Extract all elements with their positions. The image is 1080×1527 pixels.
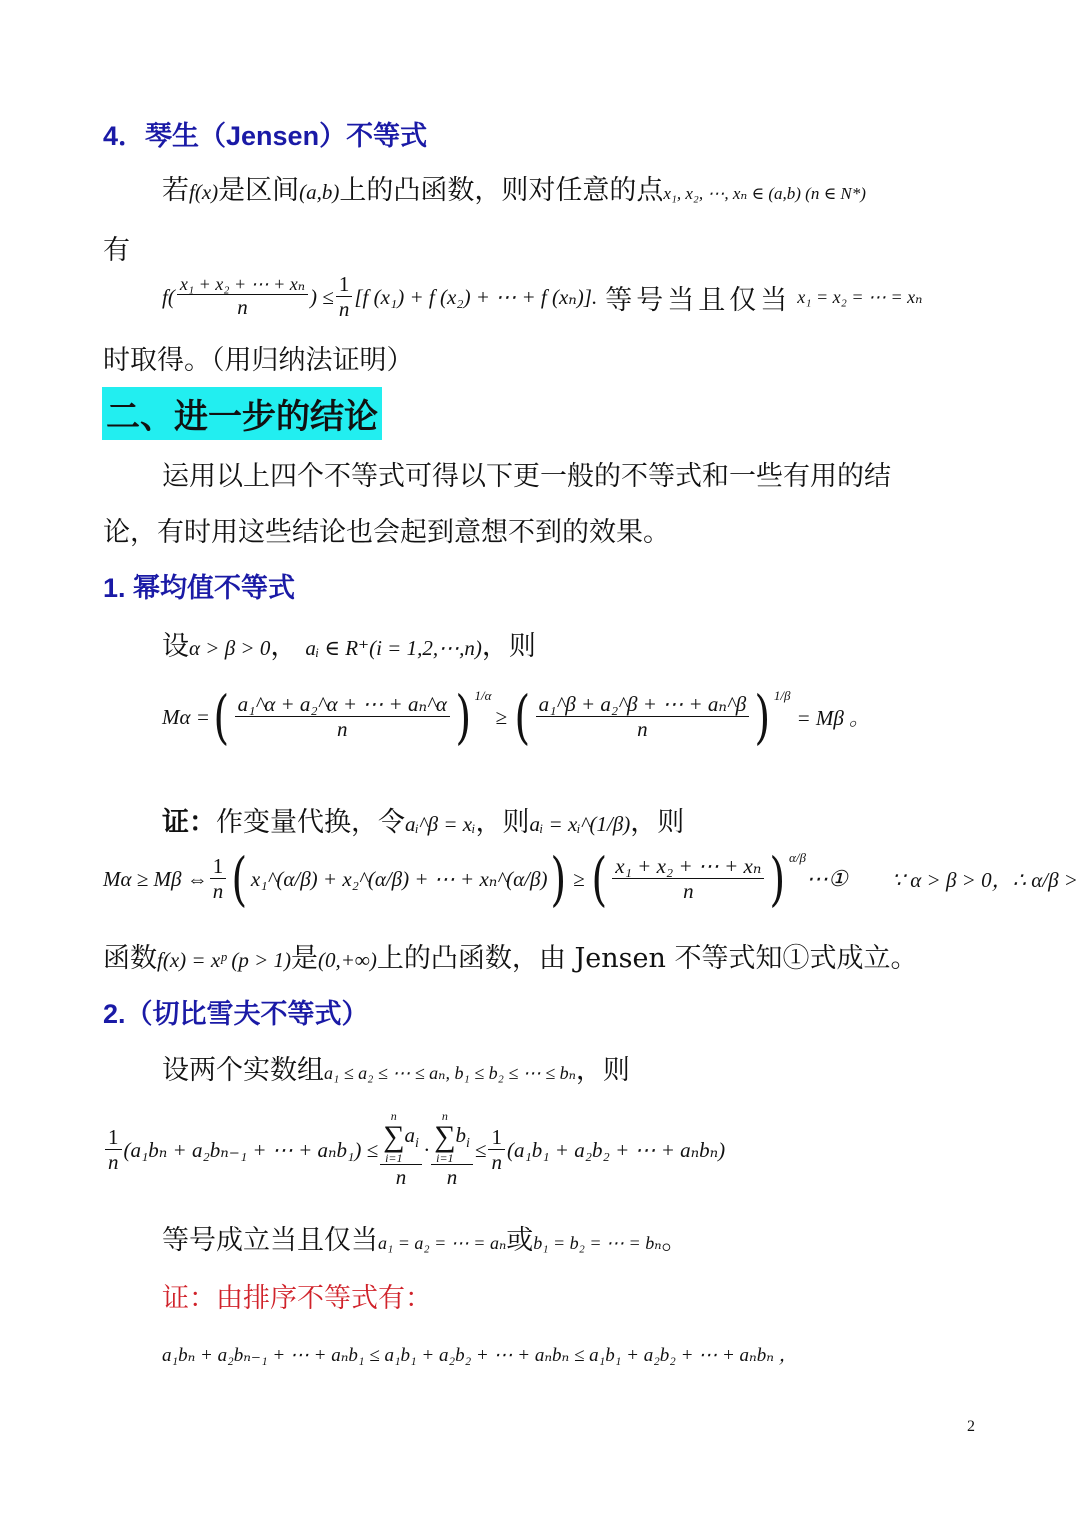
fraction-denominator: n — [210, 879, 227, 904]
exponent-alpha-over-beta: α/β — [789, 850, 806, 866]
power-mean-proof-line: 证：作变量代换，令aᵢ^β = xᵢ，则aᵢ = xᵢ^(1/β)，则 — [162, 800, 684, 839]
fraction-numerator: 1 — [336, 272, 353, 297]
sigma-symbol: n∑i=1 — [383, 1110, 404, 1164]
left-paren: ( — [514, 688, 530, 746]
power-mean-heading: 1. 幂均值不等式 — [103, 566, 295, 605]
proof-text: 作变量代换，令 — [216, 807, 405, 838]
premise-mid2: 上的凸函数，则对任意的点 — [339, 175, 663, 206]
intro-line-1: 运用以上四个不等式可得以下更一般的不等式和一些有用的结 — [162, 454, 891, 493]
a-i-condition: aᵢ ∈ R⁺(i = 1,2,⋯,n) — [305, 636, 482, 660]
fraction-numerator: 1 — [210, 854, 227, 879]
power-sum: x₁^(α/β) + x₂^(α/β) + ⋯ + xₙ^(α/β) — [251, 867, 548, 892]
sum-of-f: [f (x₁) + f (x₂) + ⋯ + f (xₙ)]. — [354, 285, 597, 310]
right-paren: ) — [770, 850, 786, 908]
m-alpha: Mα = — [162, 705, 210, 730]
intro-line-2: 论，有时用这些结论也会起到意想不到的效果。 — [103, 510, 670, 549]
right-paren: ) — [455, 688, 471, 746]
fraction-numerator: a₁^α + a₂^α + ⋯ + aₙ^α — [235, 692, 450, 717]
sigma-symbol: n∑i=1 — [434, 1110, 455, 1164]
fraction-denominator: n — [680, 879, 697, 904]
one-over-n: 1 n — [336, 272, 353, 322]
page-number: 2 — [967, 1418, 975, 1436]
fraction-numerator: x₁ + x₂ + ⋯ + xₙ — [612, 854, 764, 879]
equality-a: a₁ = a₂ = ⋯ = aₙ — [378, 1233, 506, 1253]
fraction-numerator: 1 — [105, 1125, 122, 1150]
rearrangement-formula: a₁bₙ + a₂bₙ₋₁ + ⋯ + aₙb₁ ≤ a₁b₁ + a₂b₂ +… — [162, 1340, 798, 1367]
conclusion-suffix: 上的凸函数，由 Jensen 不等式知①式成立。 — [377, 943, 918, 974]
ordered-sum: (a₁b₁ + a₂b₂ + ⋯ + aₙbₙ) — [507, 1138, 725, 1163]
chebyshev-proof-label: 证：由排序不等式有： — [162, 1276, 432, 1315]
reverse-sum: (a₁bₙ + a₂bₙ₋₁ + ⋯ + aₙb₁) ≤ — [124, 1138, 379, 1163]
sum-a-over-n: n∑i=1ai n — [380, 1110, 422, 1190]
chebyshev-premise: 设两个实数组a₁ ≤ a₂ ≤ ⋯ ≤ aₙ, b₁ ≤ b₂ ≤ ⋯ ≤ bₙ… — [162, 1048, 630, 1087]
right-paren: ) — [755, 688, 771, 746]
m-beta: = Mβ 。 — [796, 702, 870, 732]
ordered-sequences: a₁ ≤ a₂ ≤ ⋯ ≤ aₙ, b₁ ≤ b₂ ≤ ⋯ ≤ bₙ — [324, 1063, 576, 1083]
premise-mid: 是区间 — [218, 175, 299, 206]
section-heading-further-conclusions: 二、进一步的结论 — [102, 387, 382, 440]
equality-suffix: 。 — [662, 1225, 689, 1256]
equality-condition: x₁ = x₂ = ⋯ = xₙ — [797, 287, 922, 308]
one-over-n: 1 n — [210, 854, 227, 904]
one-over-n: 1 n — [105, 1125, 122, 1175]
equality-prefix: 等号成立当且仅当 — [162, 1225, 378, 1256]
fraction-denominator: n — [334, 717, 351, 742]
chebyshev-formula: 1 n (a₁bₙ + a₂bₙ₋₁ + ⋯ + aₙb₁) ≤ n∑i=1ai… — [103, 1110, 725, 1190]
fraction-numerator: 1 — [488, 1125, 505, 1150]
left-paren: ( — [591, 850, 607, 908]
fraction-denominator: n — [393, 1165, 410, 1190]
fraction-numerator: n∑i=1ai — [380, 1110, 422, 1165]
conclusion-mid: 是 — [291, 943, 318, 974]
proof-text: ，则 — [630, 807, 684, 838]
jensen-premise-line: 若f(x)是区间(a,b)上的凸函数，则对任意的点x₁, x₂, ⋯, xₙ ∈… — [162, 168, 866, 207]
exponent-beta: 1/β — [774, 688, 791, 704]
f-symbol: f( — [162, 285, 175, 310]
jensen-note: 时取得。（用归纳法证明） — [103, 338, 414, 377]
substitution-2: aᵢ = xᵢ^(1/β) — [529, 812, 630, 836]
mean-fraction: x₁ + x₂ + ⋯ + xₙ n — [177, 274, 308, 321]
proof-text: ，则 — [475, 807, 529, 838]
dot-operator: · — [424, 1138, 429, 1163]
fraction-numerator: a₁^β + a₂^β + ⋯ + aₙ^β — [536, 692, 750, 717]
substitution-1: aᵢ^β = xᵢ — [405, 812, 475, 836]
conclusion-prefix: 函数 — [103, 943, 157, 974]
function-expression: f(x) = xᵖ (p > 1) — [157, 948, 291, 972]
jensen-have-line: 有 — [103, 228, 130, 267]
alpha-mean-fraction: a₁^α + a₂^α + ⋯ + aₙ^α n — [235, 692, 450, 742]
jensen-formula: f( x₁ + x₂ + ⋯ + xₙ n ) ≤ 1 n [f (x₁) + … — [162, 272, 922, 322]
points-expression: x₁, x₂, ⋯, xₙ ∈ (a,b) (n ∈ N*) — [663, 184, 866, 203]
fraction-denominator: n — [105, 1150, 122, 1175]
equality-text: 等号当且仅当 — [605, 278, 791, 317]
equation-marker: ⋯① — [806, 866, 848, 892]
beta-mean-fraction: a₁^β + a₂^β + ⋯ + aₙ^β n — [536, 692, 750, 742]
premise-suffix: ，则 — [576, 1055, 630, 1086]
chebyshev-equality: 等号成立当且仅当a₁ = a₂ = ⋯ = aₙ或b₁ = b₂ = ⋯ = b… — [162, 1218, 689, 1257]
therefore-clause: ∴ α/β > 1，又 — [1013, 864, 1080, 894]
premise-prefix: 设两个实数组 — [162, 1055, 324, 1086]
power-mean-premise: 设α > β > 0，aᵢ ∈ R⁺(i = 1,2,⋯,n)，则 — [162, 624, 536, 663]
or-text: 或 — [506, 1225, 533, 1256]
equality-b: b₁ = b₂ = ⋯ = bₙ — [533, 1233, 661, 1253]
fraction-denominator: n — [488, 1150, 505, 1175]
right-paren: ) — [551, 850, 567, 908]
fx-expression: f(x) — [189, 180, 218, 204]
left-paren: ( — [213, 688, 229, 746]
power-mean-formula: Mα = ( a₁^α + a₂^α + ⋯ + aₙ^α n ) 1/α ≥ … — [162, 688, 870, 746]
leq-symbol: ≤ — [475, 1138, 487, 1163]
exponent-alpha: 1/α — [475, 688, 492, 704]
premise-prefix: 设 — [162, 631, 189, 662]
premise-prefix: 若 — [162, 175, 189, 206]
separator: ， — [270, 631, 297, 662]
geq-symbol: ≥ — [495, 705, 507, 730]
equivalence-formula: Mα ≥ Mβ ⇔ 1 n ( x₁^(α/β) + x₂^(α/β) + ⋯ … — [103, 850, 1080, 908]
fraction-numerator: n∑i=1bi — [431, 1110, 473, 1165]
left-paren: ( — [232, 850, 248, 908]
fraction-denominator: n — [336, 297, 353, 322]
fraction-numerator: x₁ + x₂ + ⋯ + xₙ — [177, 274, 308, 296]
power-mean-conclusion: 函数f(x) = xᵖ (p > 1)是(0,+∞)上的凸函数，由 Jensen… — [103, 936, 917, 975]
geq-symbol: ≥ — [573, 867, 585, 892]
equiv-left: Mα ≥ Mβ ⇔ — [103, 867, 208, 892]
because-clause: ∵ α > β > 0， — [892, 864, 1013, 894]
jensen-heading: 4．琴生（Jensen）不等式 — [103, 114, 427, 153]
fraction-denominator: n — [234, 295, 251, 320]
fraction-denominator: n — [634, 717, 651, 742]
fraction-denominator: n — [444, 1165, 461, 1190]
mean-fraction: x₁ + x₂ + ⋯ + xₙ n — [612, 854, 764, 904]
interval-expression: (a,b) — [299, 180, 339, 204]
sum-b-over-n: n∑i=1bi n — [431, 1110, 473, 1190]
alpha-beta-condition: α > β > 0 — [189, 636, 270, 660]
leq-symbol: ) ≤ — [310, 285, 334, 310]
chebyshev-heading: 2.（切比雪夫不等式） — [103, 992, 369, 1031]
premise-suffix: ，则 — [482, 631, 536, 662]
interval-expression: (0,+∞) — [318, 948, 377, 972]
proof-label: 证： — [162, 807, 216, 838]
one-over-n: 1 n — [488, 1125, 505, 1175]
